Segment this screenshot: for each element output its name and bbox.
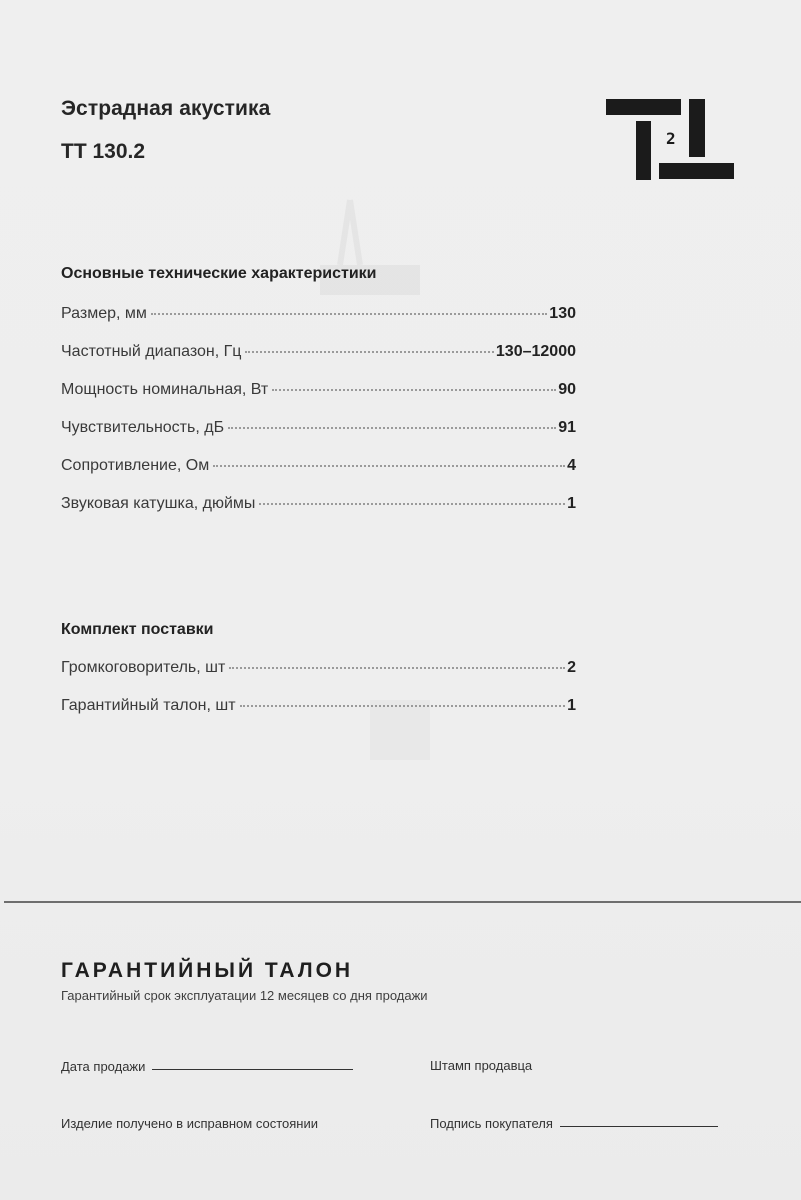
spec-label: Частотный диапазон, Гц bbox=[61, 343, 241, 361]
product-model: TT 130.2 bbox=[61, 140, 145, 164]
spec-value: 91 bbox=[558, 419, 576, 437]
spec-value: 130 bbox=[549, 305, 576, 323]
spec-label: Размер, мм bbox=[61, 305, 147, 323]
brand-logo: 2 bbox=[606, 99, 736, 185]
logo-bottom-bar bbox=[659, 163, 734, 179]
specs-list: Размер, мм130Частотный диапазон, Гц130–1… bbox=[61, 305, 576, 533]
sale-date-line[interactable] bbox=[152, 1069, 353, 1070]
buyer-signature-label: Подпись покупателя bbox=[430, 1116, 553, 1131]
spec-row: Гарантийный талон, шт1 bbox=[61, 697, 576, 735]
sale-date-field: Дата продажи bbox=[61, 1059, 353, 1074]
specs-section-title: Основные технические характеристики bbox=[61, 265, 377, 283]
logo-right-stem bbox=[689, 99, 705, 157]
cut-line-divider bbox=[4, 901, 801, 903]
spec-label: Громкоговоритель, шт bbox=[61, 659, 225, 677]
product-type-title: Эстрадная акустика bbox=[61, 97, 270, 121]
spec-label: Чувствительность, дБ bbox=[61, 419, 224, 437]
spec-value: 90 bbox=[558, 381, 576, 399]
dot-leader bbox=[272, 389, 556, 391]
spec-row: Громкоговоритель, шт2 bbox=[61, 659, 576, 697]
document-page: Эстрадная акустика TT 130.2 2 Основные т… bbox=[0, 0, 801, 1200]
spec-value: 130–12000 bbox=[496, 343, 576, 361]
spec-row: Мощность номинальная, Вт90 bbox=[61, 381, 576, 419]
spec-label: Гарантийный талон, шт bbox=[61, 697, 236, 715]
package-list: Громкоговоритель, шт2Гарантийный талон, … bbox=[61, 659, 576, 735]
dot-leader bbox=[259, 503, 565, 505]
spec-row: Частотный диапазон, Гц130–12000 bbox=[61, 343, 576, 381]
buyer-signature-field: Подпись покупателя bbox=[430, 1116, 718, 1131]
sale-date-label: Дата продажи bbox=[61, 1059, 145, 1074]
dot-leader bbox=[151, 313, 547, 315]
spec-label: Мощность номинальная, Вт bbox=[61, 381, 268, 399]
dot-leader bbox=[228, 427, 556, 429]
logo-top-bar bbox=[606, 99, 681, 115]
warranty-title: ГАРАНТИЙНЫЙ ТАЛОН bbox=[61, 959, 353, 983]
logo-left-stem bbox=[636, 121, 651, 180]
spec-value: 4 bbox=[567, 457, 576, 475]
logo-superscript: 2 bbox=[666, 131, 676, 147]
seller-stamp-label: Штамп продавца bbox=[430, 1058, 532, 1073]
dot-leader bbox=[245, 351, 493, 353]
dot-leader bbox=[240, 705, 566, 707]
dot-leader bbox=[213, 465, 565, 467]
condition-label: Изделие получено в исправном состоянии bbox=[61, 1116, 318, 1131]
buyer-signature-line[interactable] bbox=[560, 1126, 718, 1127]
spec-value: 1 bbox=[567, 495, 576, 513]
dot-leader bbox=[229, 667, 565, 669]
seller-stamp-field: Штамп продавца bbox=[430, 1058, 532, 1073]
watermark-graphic bbox=[310, 195, 430, 305]
spec-row: Размер, мм130 bbox=[61, 305, 576, 343]
spec-row: Звуковая катушка, дюймы1 bbox=[61, 495, 576, 533]
condition-field: Изделие получено в исправном состоянии bbox=[61, 1116, 318, 1131]
spec-row: Чувствительность, дБ91 bbox=[61, 419, 576, 457]
package-section-title: Комплект поставки bbox=[61, 621, 214, 639]
spec-label: Звуковая катушка, дюймы bbox=[61, 495, 255, 513]
spec-value: 1 bbox=[567, 697, 576, 715]
spec-row: Сопротивление, Ом4 bbox=[61, 457, 576, 495]
warranty-subtitle: Гарантийный срок эксплуатации 12 месяцев… bbox=[61, 988, 428, 1003]
spec-label: Сопротивление, Ом bbox=[61, 457, 209, 475]
spec-value: 2 bbox=[567, 659, 576, 677]
